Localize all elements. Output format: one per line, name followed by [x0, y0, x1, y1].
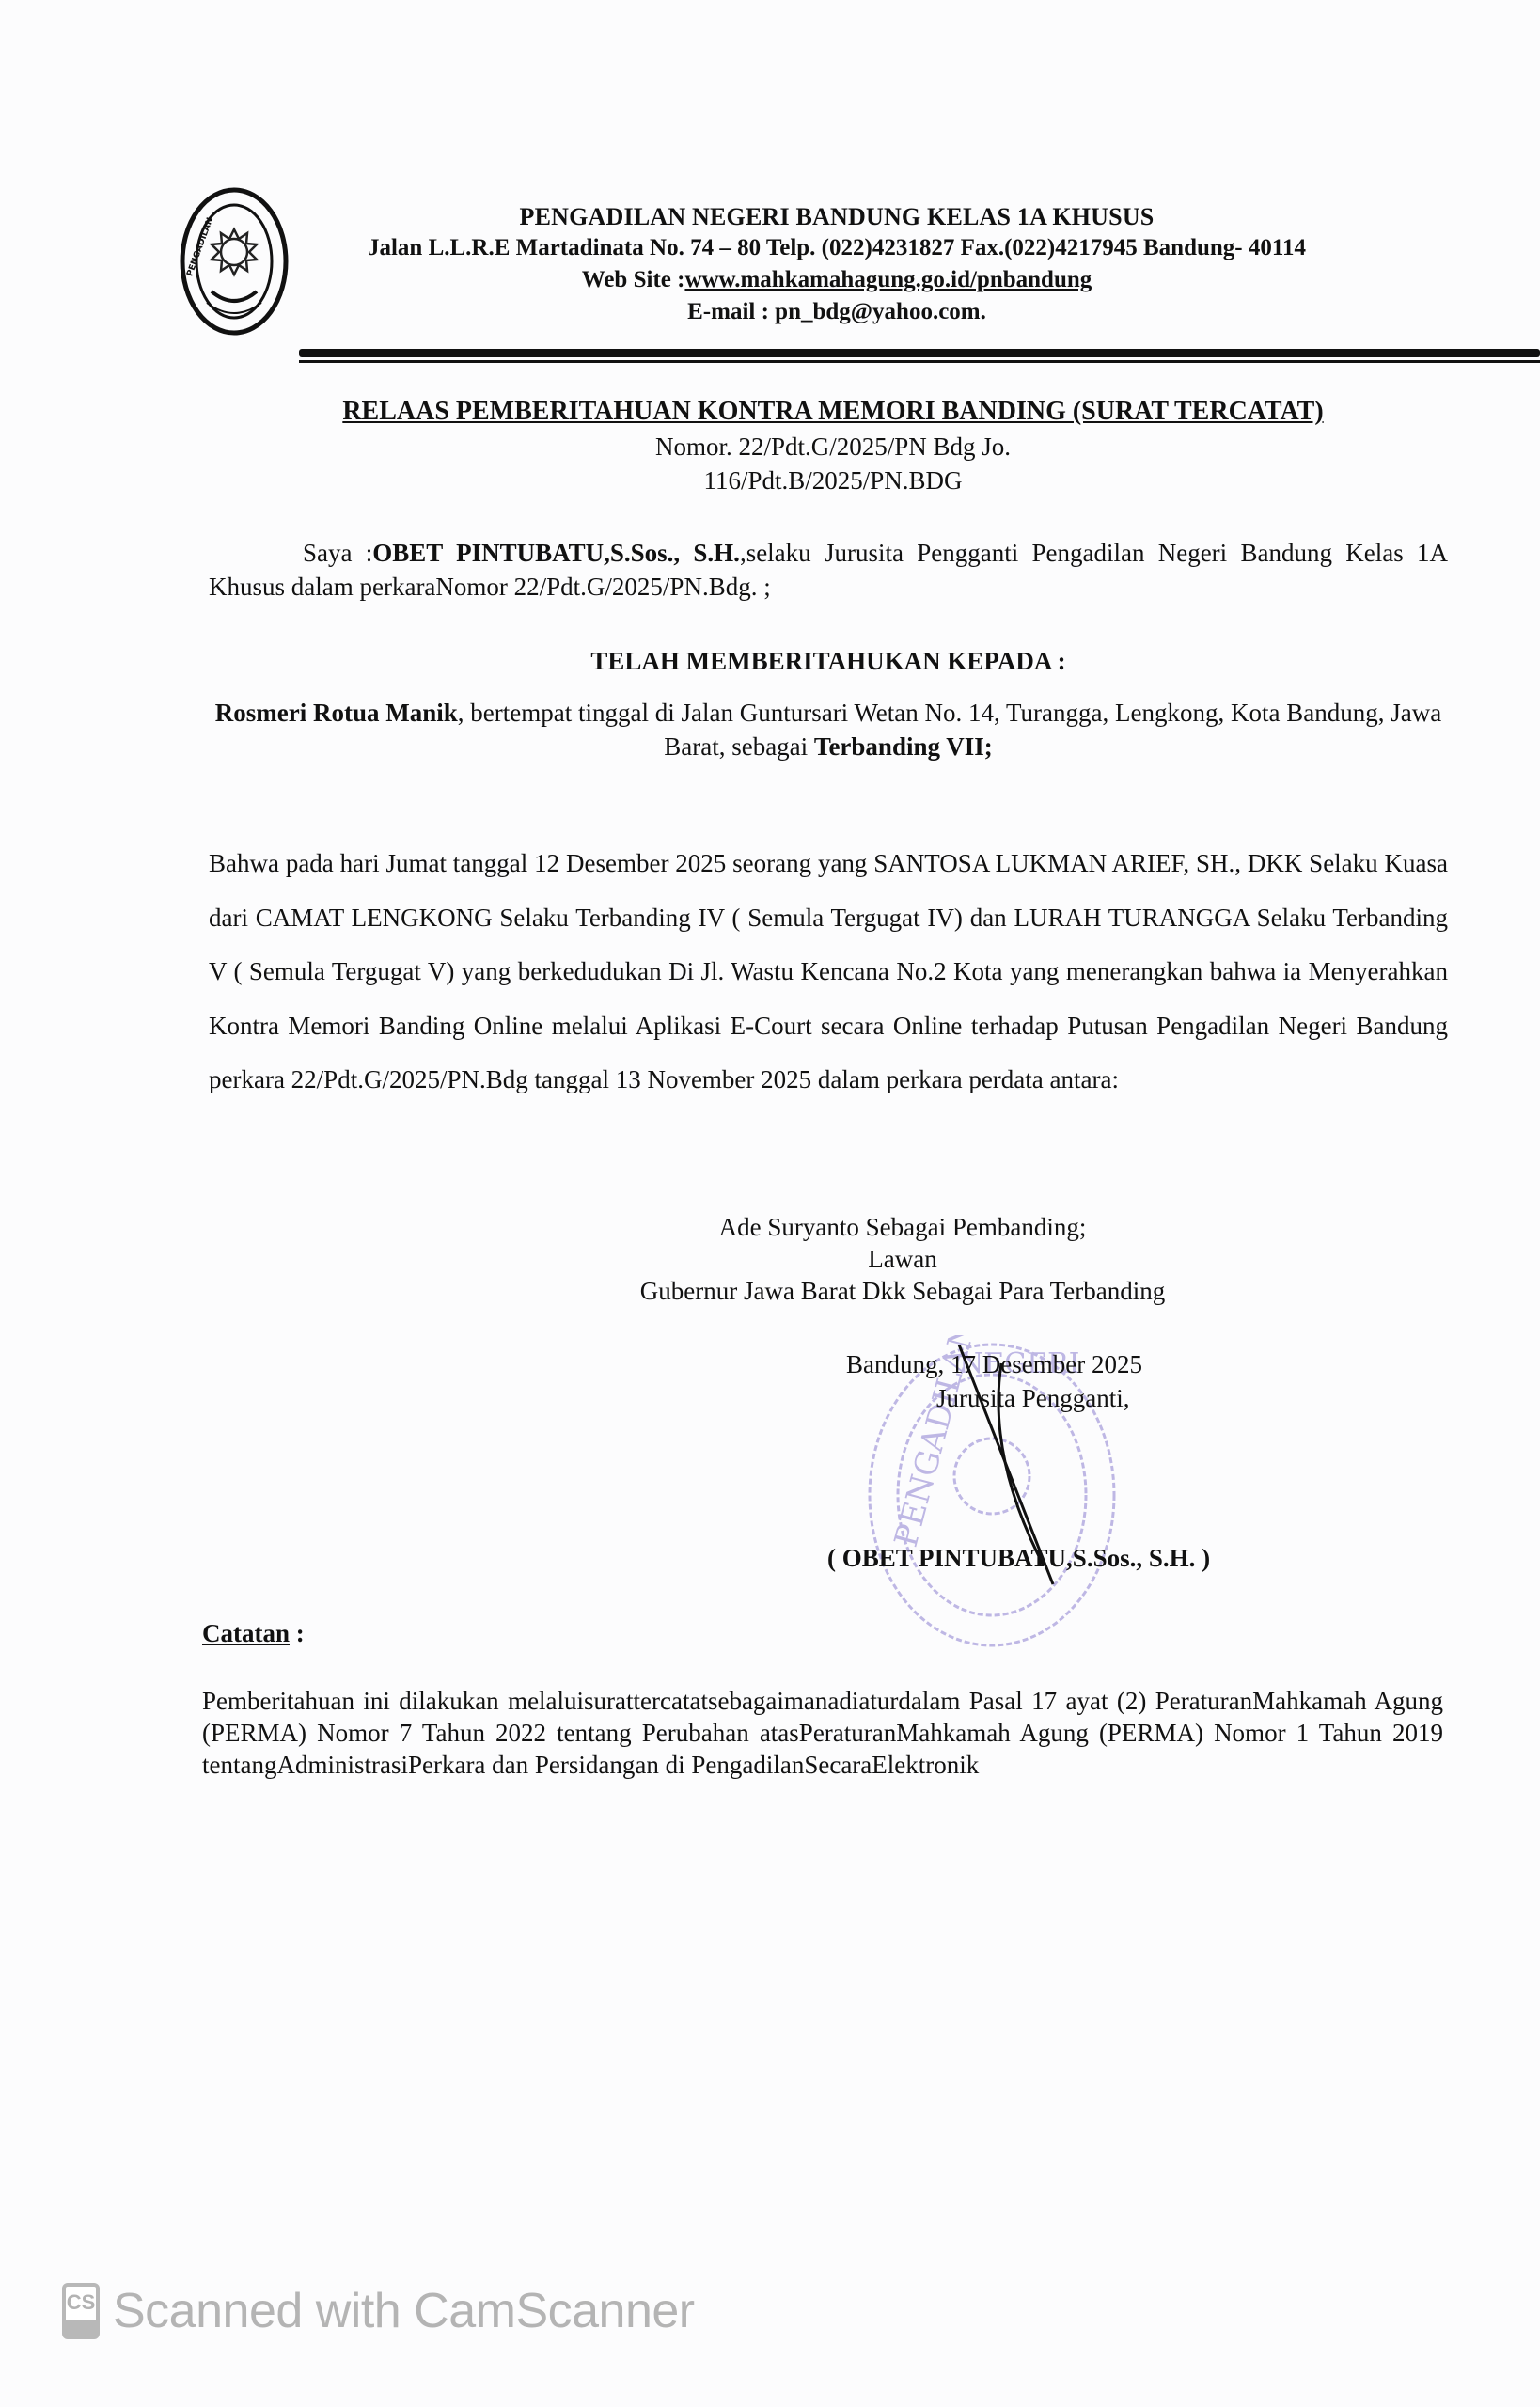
- camscanner-logo-text: CS: [66, 2290, 96, 2315]
- note-label-colon: :: [290, 1619, 305, 1647]
- letterhead-divider: [299, 349, 1540, 357]
- intro-paragraph: Saya :OBET PINTUBATU,S.Sos., S.H.,selaku…: [209, 536, 1448, 604]
- document-title: RELAAS PEMBERITAHUAN KONTRA MEMORI BANDI…: [278, 397, 1388, 427]
- signature-role: Jurusita Pengganti,: [936, 1384, 1129, 1413]
- recipient-block: Rosmeri Rotua Manik, bertempat tinggal d…: [209, 696, 1448, 763]
- note-label-text: Catatan: [202, 1619, 290, 1647]
- signatory-name: ( OBET PINTUBATU,S.Sos., S.H. ): [827, 1544, 1210, 1573]
- case-number-line-2: 116/Pdt.B/2025/PN.BDG: [278, 466, 1388, 496]
- court-address: Jalan L.L.R.E Martadinata No. 74 – 80 Te…: [338, 235, 1335, 261]
- recipient-name: Rosmeri Rotua Manik: [215, 699, 458, 727]
- camscanner-logo-icon: CS: [62, 2283, 100, 2339]
- recipient-role: Terbanding VII;: [814, 732, 993, 761]
- camscanner-watermark: CS Scanned with CamScanner: [62, 2283, 695, 2339]
- case-number-line-1: Nomor. 22/Pdt.G/2025/PN Bdg Jo.: [278, 433, 1388, 462]
- court-name: PENGADILAN NEGERI BANDUNG KELAS 1A KHUSU…: [338, 203, 1335, 231]
- respondents: Gubernur Jawa Barat Dkk Sebagai Para Ter…: [470, 1275, 1335, 1307]
- body-paragraph: Bahwa pada hari Jumat tanggal 12 Desembe…: [209, 837, 1448, 1108]
- recipient-heading: TELAH MEMBERITAHUKAN KEPADA :: [209, 647, 1448, 676]
- intro-prefix: Saya :: [303, 539, 372, 567]
- signature-place-date: Bandung, 17 Desember 2025: [846, 1350, 1142, 1379]
- website-label: Web Site :: [582, 267, 685, 292]
- court-email: E-mail : pn_bdg@yahoo.com.: [338, 299, 1335, 325]
- versus-label: Lawan: [470, 1243, 1335, 1275]
- court-website: Web Site :www.mahkamahagung.go.id/pnband…: [338, 267, 1335, 293]
- website-link[interactable]: www.mahkamahagung.go.id/pnbandung: [684, 267, 1092, 292]
- note-label: Catatan :: [202, 1619, 305, 1648]
- parties-block: Ade Suryanto Sebagai Pembanding; Lawan G…: [470, 1211, 1335, 1307]
- note-text: Pemberitahuan ini dilakukan melaluisurat…: [202, 1685, 1443, 1781]
- officer-name: OBET PINTUBATU,S.Sos., S.H.: [372, 539, 740, 567]
- appellant: Ade Suryanto Sebagai Pembanding;: [470, 1211, 1335, 1243]
- watermark-text: Scanned with CamScanner: [113, 2283, 695, 2339]
- court-seal-icon: PENGADILAN BANDUNG: [179, 186, 290, 337]
- letterhead-divider-thin: [299, 360, 1540, 363]
